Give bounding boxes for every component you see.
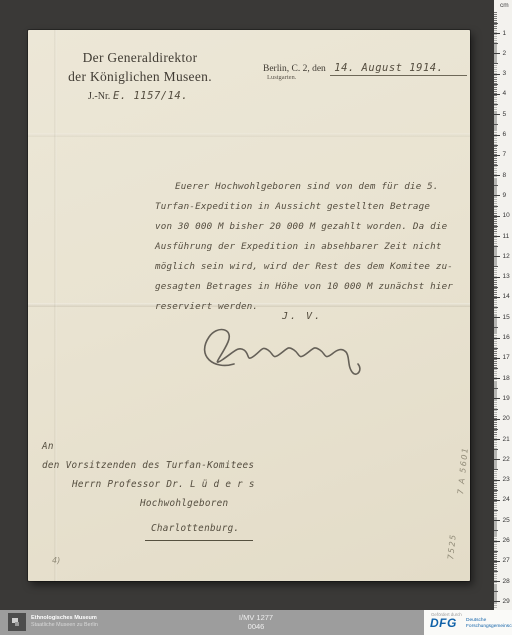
ruler-cm-tick (494, 500, 500, 501)
ruler-half-tick (494, 348, 498, 349)
journal-number: J.-Nr. E. 1157/14. (88, 90, 188, 102)
ruler-cm-number: 9 (503, 192, 507, 199)
ruler-cm-tick (494, 317, 500, 318)
ruler-cm-number: 17 (503, 354, 510, 361)
ruler-half-tick (494, 206, 498, 207)
letter-document: Der Generaldirektor der Königlichen Muse… (28, 30, 470, 581)
ruler-cm-tick (494, 277, 500, 278)
dfg-name-line2: Forschungsgemeinschaft (466, 624, 512, 630)
ruler-cm-tick (494, 256, 500, 257)
ruler-cm-tick (494, 480, 500, 481)
ruler-half-tick (494, 327, 498, 328)
ruler-half-tick (494, 266, 498, 267)
ruler-cm-number: 5 (503, 111, 507, 118)
ruler-unit-label: cm (500, 2, 509, 9)
ruler-cm-number: 25 (503, 517, 510, 524)
ruler-half-tick (494, 145, 498, 146)
ruler-cm-tick (494, 216, 500, 217)
ruler-half-tick (494, 490, 498, 491)
ruler-cm-number: 11 (503, 233, 510, 240)
measurement-ruler: cm 1234567891011121314151617181920212223… (494, 0, 512, 611)
ruler-cm-tick (494, 439, 500, 440)
ruler-half-tick (494, 388, 498, 389)
ruler-half-tick (494, 246, 498, 247)
ruler-cm-number: 14 (503, 293, 510, 300)
ruler-half-tick (494, 449, 498, 450)
ruler-cm-tick (494, 601, 500, 602)
ruler-cm-tick (494, 114, 500, 115)
ruler-half-tick (494, 165, 498, 166)
ruler-cm-number: 3 (503, 70, 507, 77)
ruler-half-tick (494, 226, 498, 227)
letterhead-line2: der Königlichen Museen. (50, 67, 230, 86)
ruler-cm-number: 4 (503, 90, 507, 97)
body-line: Ausführung der Expedition in absehbarer … (155, 237, 435, 257)
dateline-street: Lustgarten. (267, 74, 296, 81)
ruler-half-tick (494, 84, 498, 85)
ruler-cm-tick (494, 175, 500, 176)
ruler-cm-number: 19 (503, 395, 510, 402)
ruler-half-tick (494, 510, 498, 511)
ruler-cm-tick (494, 419, 500, 420)
ruler-half-tick (494, 185, 498, 186)
body-line: möglich sein wird, wird der Rest des dem… (155, 257, 435, 277)
ruler-half-tick (494, 551, 498, 552)
ruler-cm-number: 16 (503, 334, 510, 341)
journal-number-value: E. 1157/14. (113, 90, 188, 102)
ruler-cm-tick (494, 378, 500, 379)
ruler-cm-tick (494, 297, 500, 298)
viewer-canvas: Der Generaldirektor der Königlichen Muse… (0, 0, 512, 635)
ruler-cm-tick (494, 155, 500, 156)
ruler-half-tick (494, 409, 498, 410)
dfg-logo-text: DFG (430, 616, 457, 630)
address-city: Charlottenburg. (42, 519, 255, 541)
ruler-cm-tick (494, 53, 500, 54)
pencil-annotation-vertical: 7525 (445, 526, 458, 567)
ruler-cm-tick (494, 459, 500, 460)
ruler-cm-number: 6 (503, 131, 507, 138)
ruler-cm-number: 26 (503, 537, 510, 544)
ruler-cm-tick (494, 135, 500, 136)
ruler-cm-number: 12 (503, 253, 510, 260)
ruler-cm-tick (494, 358, 500, 359)
ruler-cm-number: 24 (503, 496, 510, 503)
ruler-cm-number: 27 (503, 557, 510, 564)
ruler-cm-number: 8 (503, 172, 507, 179)
address-line: Hochwohlgeboren (42, 494, 255, 513)
ruler-cm-tick (494, 94, 500, 95)
ruler-cm-number: 23 (503, 476, 510, 483)
address-line: Herrn Professor Dr. L ü d e r s (42, 475, 255, 494)
ruler-half-tick (494, 591, 498, 592)
ruler-half-tick (494, 104, 498, 105)
body-line: gesagten Betrages in Höhe von 10 000 M z… (155, 277, 435, 297)
ruler-half-tick (494, 469, 498, 470)
letterhead: Der Generaldirektor der Königlichen Muse… (50, 48, 230, 86)
paper-crease (28, 133, 470, 137)
dateline-place: Berlin, C. 2, den (263, 64, 326, 74)
ruler-cm-number: 29 (503, 598, 510, 605)
dfg-funding-logo: Gefördert durch DFG Deutsche Forschungsg… (424, 610, 512, 635)
ruler-half-tick (494, 23, 498, 24)
ruler-cm-tick (494, 520, 500, 521)
address-line: den Vorsitzenden des Turfan-Komitees (42, 456, 255, 475)
ruler-cm-tick (494, 398, 500, 399)
ruler-cm-number: 28 (503, 578, 510, 585)
signature-handwriting-icon (186, 320, 386, 380)
ruler-cm-tick (494, 236, 500, 237)
address-city-text: Charlottenburg. (145, 519, 253, 541)
ruler-half-tick (494, 571, 498, 572)
ruler-half-tick (494, 43, 498, 44)
ruler-cm-number: 15 (503, 314, 510, 321)
ruler-cm-tick (494, 541, 500, 542)
letter-body: Euerer Hochwohlgeboren sind von dem für … (155, 177, 435, 317)
ruler-cm-number: 10 (503, 212, 510, 219)
body-line: Euerer Hochwohlgeboren sind von dem für … (155, 177, 435, 197)
ruler-cm-number: 2 (503, 50, 507, 57)
letterhead-line1: Der Generaldirektor (50, 48, 230, 67)
body-line: von 30 000 M bisher 20 000 M gezahlt wor… (155, 217, 435, 237)
ruler-half-tick (494, 530, 498, 531)
ruler-cm-number: 1 (503, 30, 507, 37)
viewer-bottom-bar: Ethnologisches Museum Staatliche Museen … (0, 610, 512, 635)
ruler-cm-number: 13 (503, 273, 510, 280)
ruler-half-tick (494, 368, 498, 369)
ruler-cm-number: 21 (503, 436, 510, 443)
journal-number-label: J.-Nr. (88, 91, 110, 102)
ruler-half-tick (494, 429, 498, 430)
dfg-full-name: Deutsche Forschungsgemeinschaft (466, 618, 512, 629)
ruler-cm-number: 20 (503, 415, 510, 422)
ruler-half-tick (494, 63, 498, 64)
ruler-cm-tick (494, 338, 500, 339)
ruler-cm-number: 22 (503, 456, 510, 463)
body-line: Turfan-Expedition in Aussicht gestellten… (155, 197, 435, 217)
ruler-half-tick (494, 287, 498, 288)
ruler-cm-number: 18 (503, 375, 510, 382)
ruler-cm-number: 7 (503, 151, 507, 158)
pencil-annotation: 4) (52, 556, 60, 565)
ruler-cm-tick (494, 195, 500, 196)
dateline-date: 14. August 1914. (330, 62, 467, 76)
pencil-annotation-vertical: 7 A 5601 (455, 439, 470, 502)
ruler-cm-tick (494, 74, 500, 75)
address-block: An den Vorsitzenden des Turfan-Komitees … (42, 437, 255, 541)
address-salutation: An (42, 437, 255, 456)
ruler-cm-tick (494, 33, 500, 34)
ruler-half-tick (494, 124, 498, 125)
ruler-cm-tick (494, 581, 500, 582)
ruler-cm-tick (494, 561, 500, 562)
ruler-half-tick (494, 307, 498, 308)
